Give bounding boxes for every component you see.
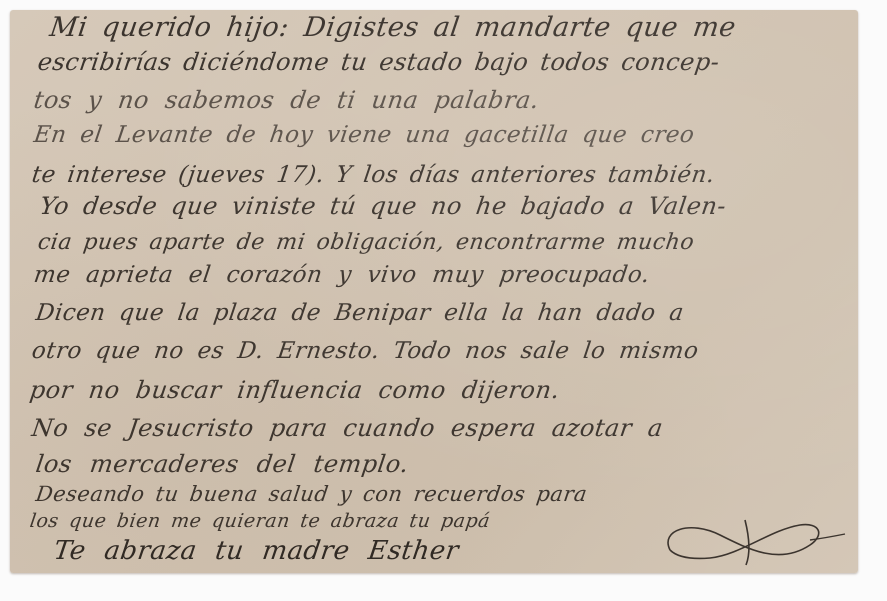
- signature-flourish-icon: [650, 510, 850, 570]
- letter-line-7: cia pues aparte de mi obligación, encont…: [36, 230, 696, 255]
- letter-line-4: En el Levante de hoy viene una gacetilla…: [32, 122, 696, 148]
- letter-line-6: Yo desde que viniste tú que no he bajado…: [38, 192, 728, 220]
- letter-line-12: No se Jesucristo para cuando espera azot…: [30, 414, 665, 442]
- letter-line-5: te interese (jueves 17). Y los días ante…: [30, 162, 716, 188]
- closing-line: Te abraza tu madre Esther: [52, 536, 461, 566]
- letter-line-11: por no buscar influencia como dijeron.: [28, 376, 562, 404]
- letter-line-8: me aprieta el corazón y vivo muy preocup…: [32, 262, 651, 288]
- letter-line-2: escribirías diciéndome tu estado bajo to…: [36, 48, 721, 76]
- letter-line-10: otro que no es D. Ernesto. Todo nos sale…: [30, 338, 700, 364]
- letter-line-3: tos y no sabemos de ti una palabra.: [32, 86, 541, 114]
- letter-line-9: Dicen que la plaza de Benipar ella la ha…: [34, 300, 685, 326]
- letter-line-15: los que bien me quieran te abraza tu pap…: [28, 510, 491, 532]
- letter-line-14: Deseando tu buena salud y con recuerdos …: [34, 482, 588, 506]
- postcard: Mi querido hijo: Digistes al mandarte qu…: [10, 10, 858, 573]
- letter-line-13: los mercaderes del templo.: [34, 450, 411, 478]
- letter-line-1: Mi querido hijo: Digistes al mandarte qu…: [48, 12, 738, 43]
